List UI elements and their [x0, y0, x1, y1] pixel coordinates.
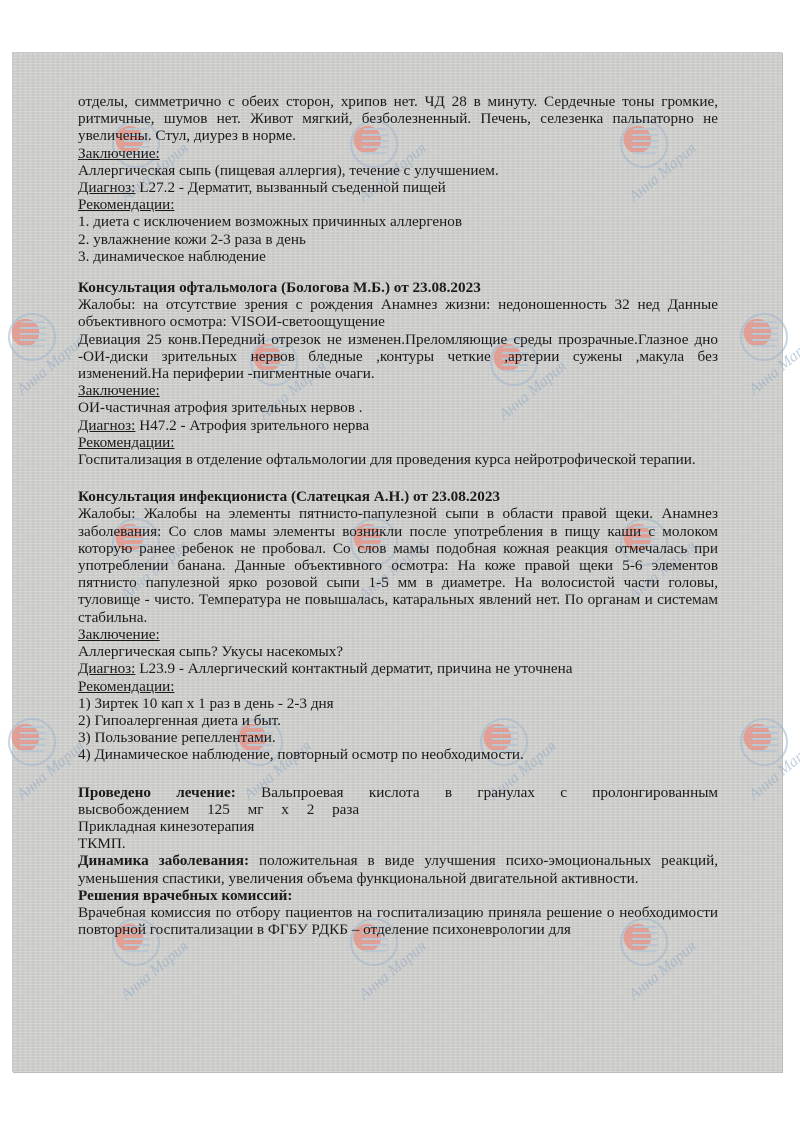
watermark-logo-icon: Анна Мария [0, 307, 70, 397]
recommendations-label: Рекомендации: [78, 678, 718, 695]
diagnosis-line: Диагноз: L27.2 - Дерматит, вызванный съе… [78, 179, 718, 196]
recommendation-item: 1. диета с исключением возможных причинн… [78, 213, 718, 230]
treatment-item: ТКМП. [78, 835, 718, 852]
conclusion-text: ОИ-частичная атрофия зрительных нервов . [78, 399, 718, 416]
watermark-logo-icon: Анна Мария [732, 712, 800, 802]
commission-text: Врачебная комиссия по отбору пациентов н… [78, 904, 718, 938]
recommendation-item: 4) Динамическое наблюдение, повторный ос… [78, 746, 718, 763]
recommendation-item: 2. увлажнение кожи 2-3 раза в день [78, 231, 718, 248]
recommendation-item: 1) Зиртек 10 кап x 1 раз в день - 2-3 дн… [78, 695, 718, 712]
treatment-label: Проведено лечение: [78, 784, 236, 801]
infectionist-section: Консультация инфекциониста (Слатецкая А.… [78, 488, 718, 763]
diagnosis-label: Диагноз: [78, 179, 135, 196]
ophthalmologist-section: Консультация офтальмолога (Бологова М.Б.… [78, 279, 718, 468]
diagnosis-label: Диагноз: [78, 660, 135, 677]
diagnosis-text: L23.9 - Аллергический контактный дермати… [135, 660, 572, 677]
recommendations-label: Рекомендации: [78, 196, 718, 213]
exam-text: отделы, симметрично с обеих сторон, хрип… [78, 93, 718, 145]
recommendation-item: 2) Гипоалергенная диета и быт. [78, 712, 718, 729]
dynamics-label: Динамика заболевания: [78, 852, 249, 869]
treatment-line: Проведено лечение: Вальпроевая кислота в… [78, 784, 718, 818]
watermark-logo-icon: Анна Мария [0, 712, 70, 802]
commission-label: Решения врачебных комиссий: [78, 887, 718, 904]
conclusion-label: Заключение: [78, 145, 718, 162]
recommendation-item: 3) Пользование репеллентами. [78, 729, 718, 746]
recommendation-item: 3. динамическое наблюдение [78, 248, 718, 265]
conclusion-text: Аллергическая сыпь? Укусы насекомых? [78, 643, 718, 660]
exam-text: Девиация 25 конв.Передний отрезок не изм… [78, 331, 718, 383]
recommendations-text: Госпитализация в отделение офтальмологии… [78, 451, 718, 468]
section-title: Консультация офтальмолога (Бологова М.Б.… [78, 279, 718, 296]
document-body: отделы, симметрично с обеих сторон, хрип… [78, 93, 718, 938]
diagnosis-line: Диагноз: L23.9 - Аллергический контактны… [78, 660, 718, 677]
section-title: Консультация инфекциониста (Слатецкая А.… [78, 488, 718, 505]
complaints-text: Жалобы: Жалобы на элементы пятнисто-папу… [78, 505, 718, 625]
diagnosis-label: Диагноз: [78, 417, 135, 434]
exam-continuation-section: отделы, симметрично с обеих сторон, хрип… [78, 93, 718, 265]
complaints-text: Жалобы: на отсутствие зрения с рождения … [78, 296, 718, 330]
watermark-logo-icon: Анна Мария [732, 307, 800, 397]
conclusion-label: Заключение: [78, 382, 718, 399]
treatment-item: Прикладная кинезотерапия [78, 818, 718, 835]
diagnosis-text: L27.2 - Дерматит, вызванный съеденной пи… [135, 179, 445, 196]
conclusion-label: Заключение: [78, 626, 718, 643]
treatment-section: Проведено лечение: Вальпроевая кислота в… [78, 784, 718, 939]
dynamics-line: Динамика заболевания: положительная в ви… [78, 852, 718, 886]
conclusion-text: Аллергическая сыпь (пищевая аллергия), т… [78, 162, 718, 179]
recommendations-label: Рекомендации: [78, 434, 718, 451]
diagnosis-line: Диагноз: H47.2 - Атрофия зрительного нер… [78, 417, 718, 434]
diagnosis-text: H47.2 - Атрофия зрительного нерва [135, 417, 369, 434]
